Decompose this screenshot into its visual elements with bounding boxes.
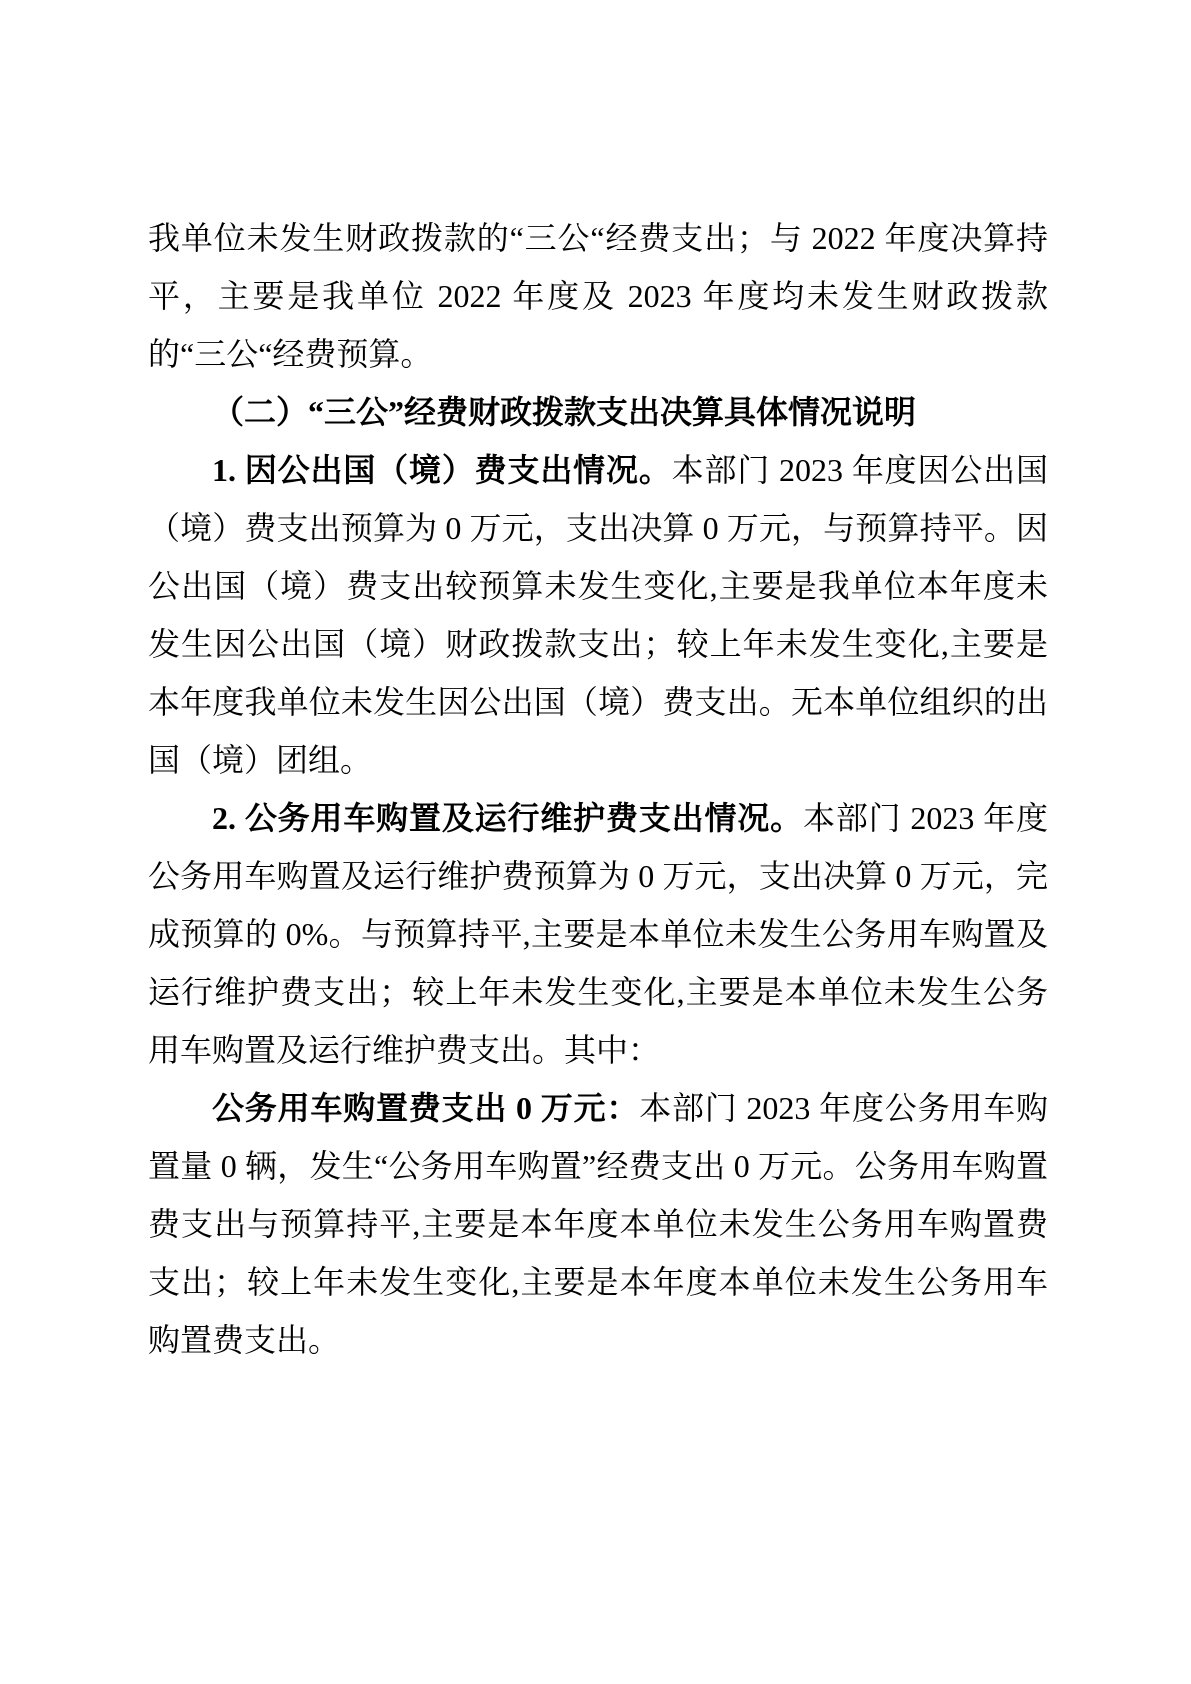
para-1-overseas-travel-expense: 1. 因公出国（境）费支出情况。本部门 2023 年度因公出国（境）费支出预算为… xyxy=(148,441,1048,789)
para-2-official-vehicle-expense-segment-1: 本部门 2023 年度公务用车购置及运行维护费预算为 0 万元，支出决算 0 万… xyxy=(148,800,1048,1068)
para-three-public-summary-continuation: 我单位未发生财政拨款的“三公“经费支出；与 2022 年度决算持平，主要是我单位… xyxy=(148,209,1048,383)
heading-section-two-three-public-details: （二）“三公”经费财政拨款支出决算具体情况说明 xyxy=(148,383,1048,441)
para-vehicle-purchase-expense: 公务用车购置费支出 0 万元：本部门 2023 年度公务用车购置量 0 辆，发生… xyxy=(148,1079,1048,1369)
heading-section-two-three-public-details-segment-0: （二）“三公”经费财政拨款支出决算具体情况说明 xyxy=(212,394,916,430)
para-1-overseas-travel-expense-segment-0: 1. 因公出国（境）费支出情况。 xyxy=(212,452,672,488)
para-1-overseas-travel-expense-segment-1: 本部门 2023 年度因公出国（境）费支出预算为 0 万元，支出决算 0 万元，… xyxy=(148,452,1048,778)
para-2-official-vehicle-expense: 2. 公务用车购置及运行维护费支出情况。本部门 2023 年度公务用车购置及运行… xyxy=(148,789,1048,1079)
para-vehicle-purchase-expense-segment-1: 本部门 2023 年度公务用车购置量 0 辆，发生“公务用车购置”经费支出 0 … xyxy=(148,1090,1048,1358)
para-vehicle-purchase-expense-segment-0: 公务用车购置费支出 0 万元： xyxy=(212,1090,639,1126)
document-content: 我单位未发生财政拨款的“三公“经费支出；与 2022 年度决算持平，主要是我单位… xyxy=(148,209,1048,1369)
document-page: 我单位未发生财政拨款的“三公“经费支出；与 2022 年度决算持平，主要是我单位… xyxy=(0,0,1191,1684)
para-2-official-vehicle-expense-segment-0: 2. 公务用车购置及运行维护费支出情况。 xyxy=(212,800,803,836)
para-three-public-summary-continuation-segment-0: 我单位未发生财政拨款的“三公“经费支出；与 2022 年度决算持平，主要是我单位… xyxy=(148,220,1048,372)
